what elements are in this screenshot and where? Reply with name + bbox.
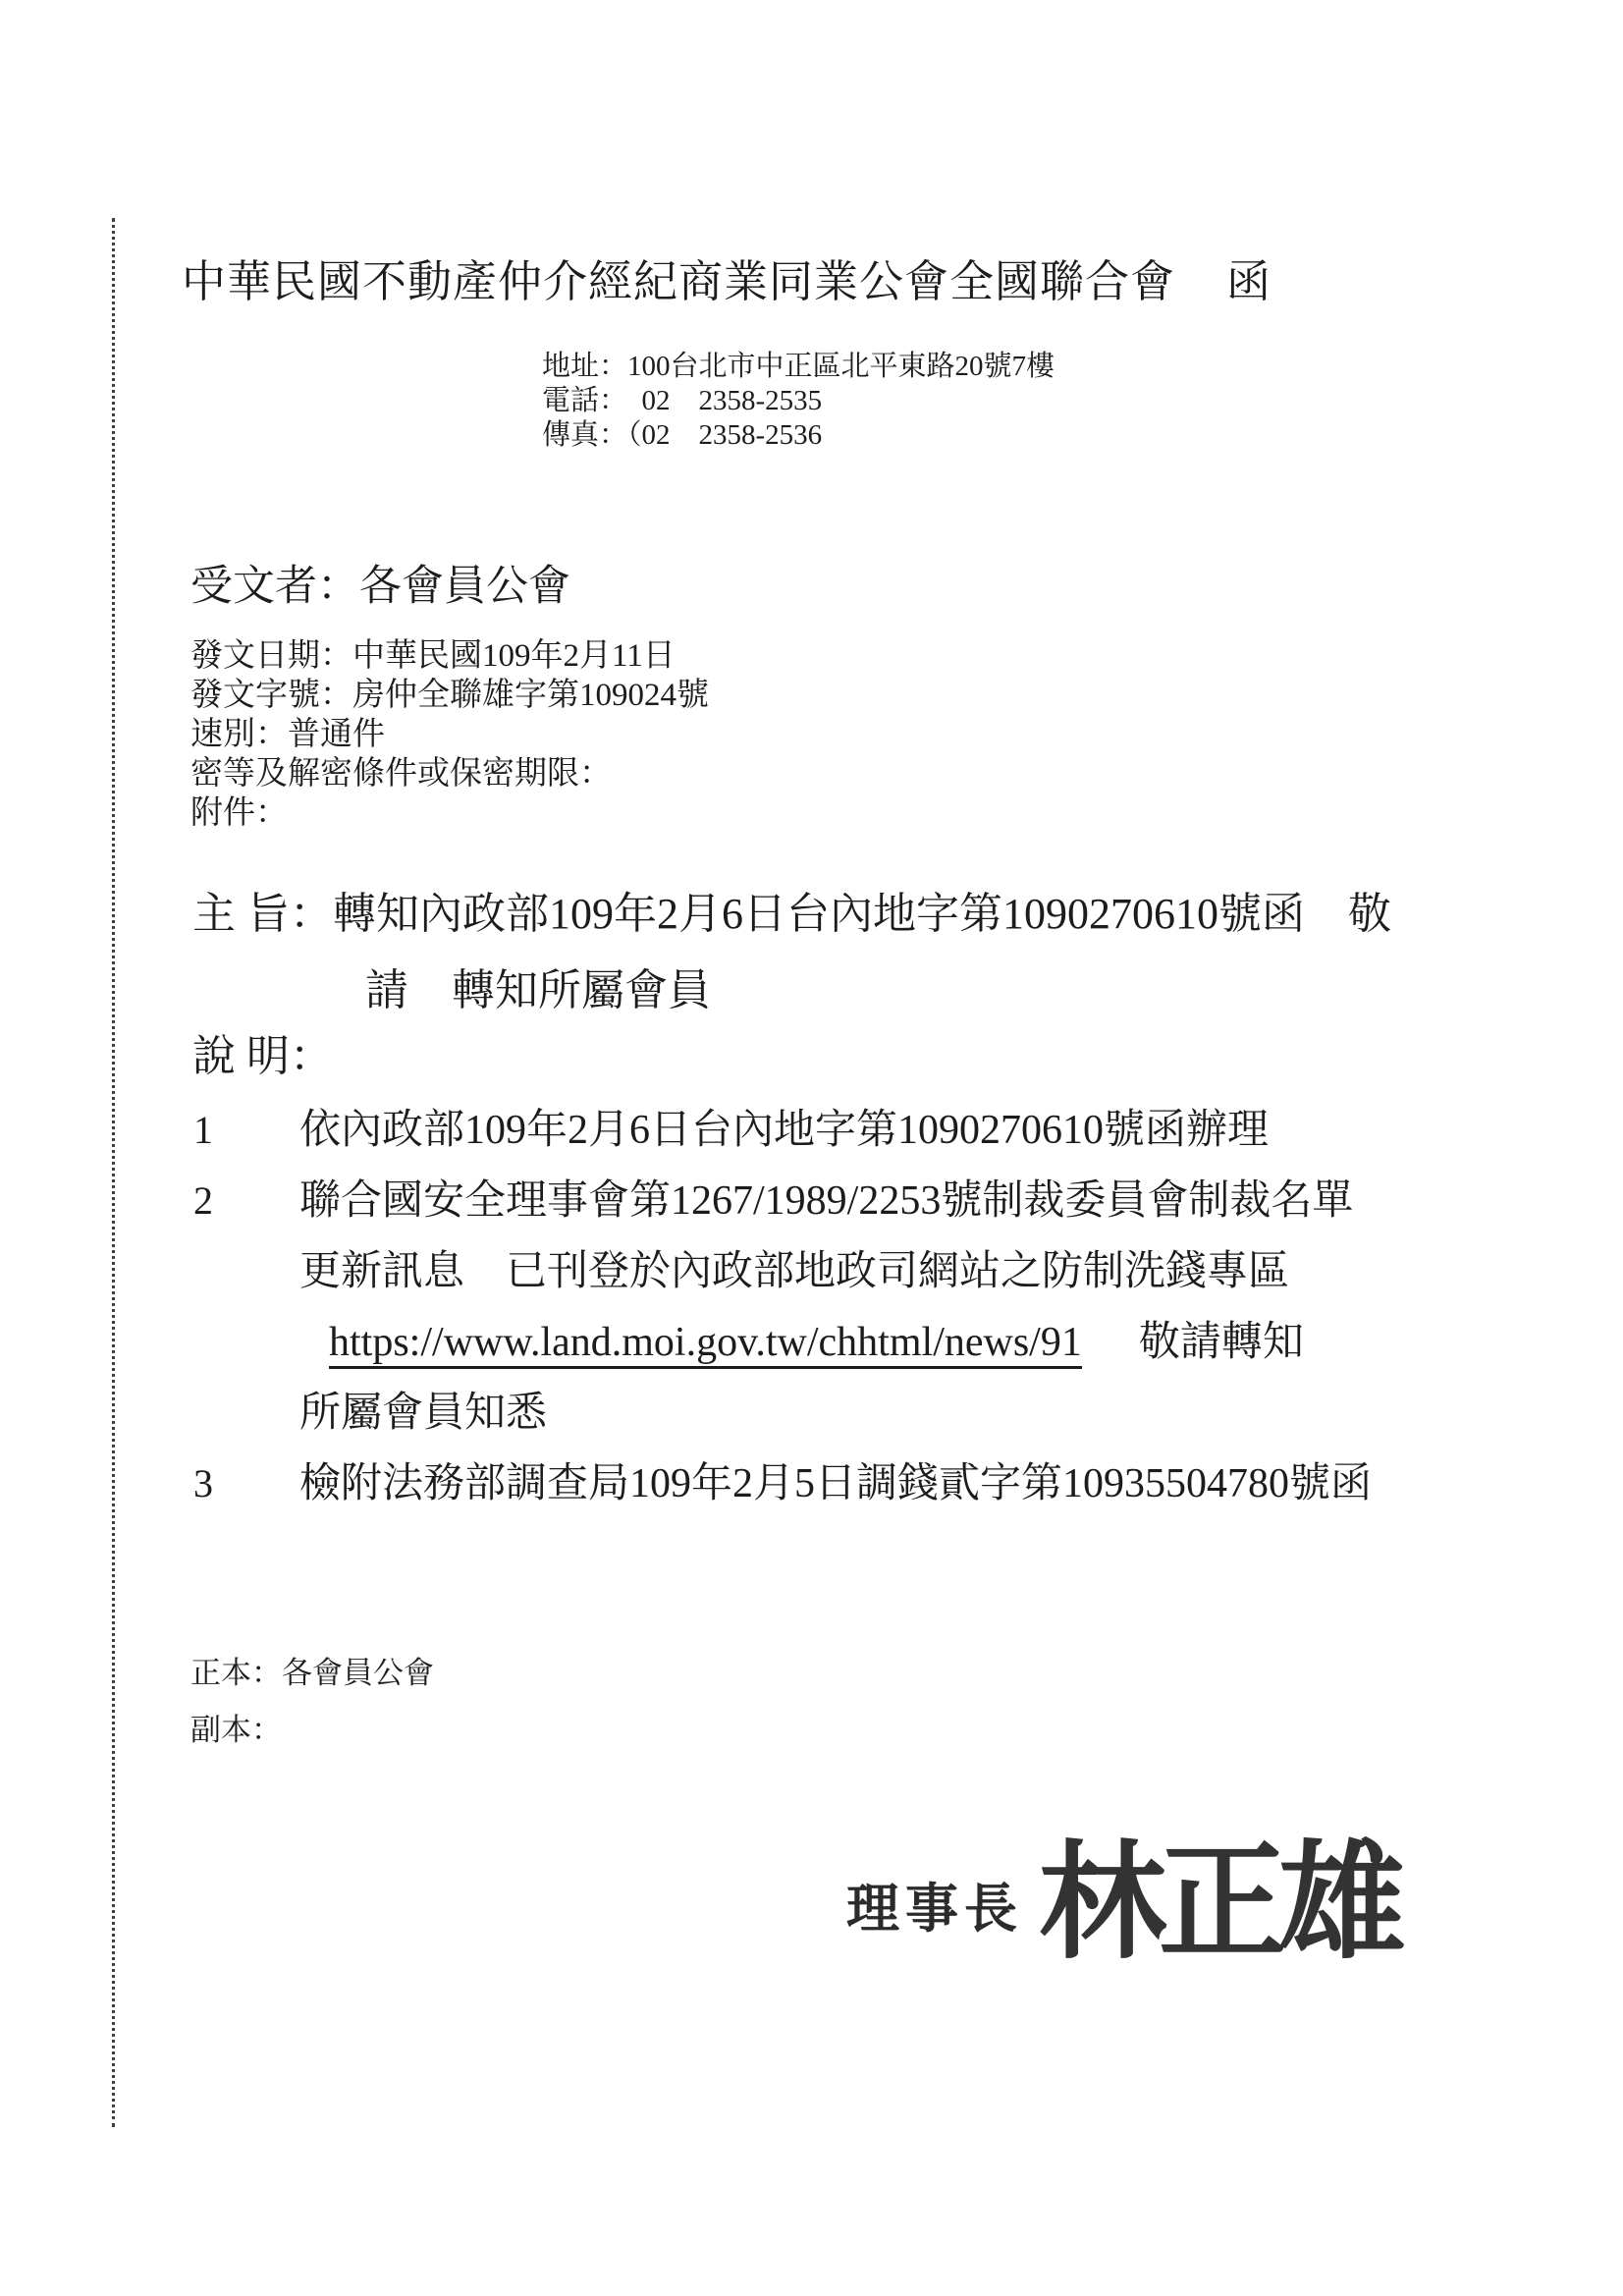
document-meta-block: 發文日期：中華民國109年2月11日 發文字號：房仲全聯雄字第109024號 速… bbox=[190, 636, 709, 833]
reference-number-line: 發文字號：房仲全聯雄字第109024號 bbox=[190, 676, 709, 715]
explanation-item-2: 2 聯合國安全理事會第1267/1989/2253號制裁委員會制裁名單 更新訊息… bbox=[0, 1166, 1623, 1449]
sender-phone-line: 電話： 02 2358-2535 bbox=[542, 384, 1055, 418]
item-2-number: 2 bbox=[193, 1166, 213, 1236]
item-1-text: 依內政部109年2月6日台內地字第1090270610號函辦理 bbox=[299, 1095, 1458, 1166]
document-type-label: 函 bbox=[1226, 255, 1271, 308]
issue-date-line: 發文日期：中華民國109年2月11日 bbox=[190, 636, 709, 676]
subject-line-2: 請 轉知所屬會員 bbox=[365, 963, 711, 1017]
document-title: 中華民國不動產仲介經紀商業同業公會全國聯合會函 bbox=[182, 255, 1271, 308]
sender-contact-block: 地址：100台北市中正區北平東路20號7樓 電話： 02 2358-2535 傳… bbox=[542, 350, 1055, 453]
item-2-text-line-2: 更新訊息 已刊登於內政部地政司網站之防制洗錢專區 bbox=[299, 1236, 1458, 1307]
sender-fax-line: 傳真：（02 2358-2536 bbox=[542, 418, 1055, 453]
item-2-url-suffix-text: 敬請轉知 bbox=[1139, 1307, 1304, 1378]
recipient-line: 受文者：各會員公會 bbox=[190, 562, 570, 613]
attachment-line: 附件： bbox=[190, 793, 709, 833]
copy-recipient-line: 副本： bbox=[190, 1702, 434, 1759]
item-3-text: 檢附法務部調查局109年2月5日調錢貳字第10935504780號函 bbox=[299, 1449, 1458, 1519]
sender-address-line: 地址：100台北市中正區北平東路20號7樓 bbox=[542, 350, 1055, 384]
item-2-text-line-1: 聯合國安全理事會第1267/1989/2253號制裁委員會制裁名單 bbox=[299, 1166, 1458, 1236]
scanned-official-letter: 中華民國不動產仲介經紀商業同業公會全國聯合會函 地址：100台北市中正區北平東路… bbox=[0, 0, 1623, 2296]
item-2-url-line: https://www.land.moi.gov.tw/chhtml/news/… bbox=[299, 1307, 1458, 1378]
subject-line-1: 主 旨：轉知內政部109年2月6日台內地字第1090270610號函 敬 bbox=[192, 887, 1391, 941]
document-title-text: 中華民國不動產仲介經紀商業同業公會全國聯合會 bbox=[182, 257, 1175, 306]
item-1-number: 1 bbox=[193, 1095, 213, 1166]
item-2-text-line-4: 所屬會員知悉 bbox=[299, 1378, 1458, 1449]
explanation-heading: 說 明： bbox=[192, 1029, 333, 1083]
signature-title: 理事長 bbox=[846, 1867, 1023, 1942]
explanation-item-3: 3 檢附法務部調查局109年2月5日調錢貳字第10935504780號函 bbox=[0, 1449, 1623, 1519]
item-3-number: 3 bbox=[193, 1449, 213, 1519]
moi-land-news-url: https://www.land.moi.gov.tw/chhtml/news/… bbox=[329, 1320, 1082, 1369]
security-class-line: 密等及解密條件或保密期限： bbox=[190, 754, 709, 793]
original-recipient-line: 正本：各會員公會 bbox=[190, 1645, 434, 1702]
speed-class-line: 速別：普通件 bbox=[190, 715, 709, 754]
distribution-block: 正本：各會員公會 副本： bbox=[190, 1645, 434, 1759]
signature-block: 理事長 林正雄 bbox=[846, 1838, 1398, 1966]
signature-name: 林正雄 bbox=[1039, 1838, 1398, 1966]
explanation-item-1: 1 依內政部109年2月6日台內地字第1090270610號函辦理 bbox=[0, 1095, 1623, 1166]
